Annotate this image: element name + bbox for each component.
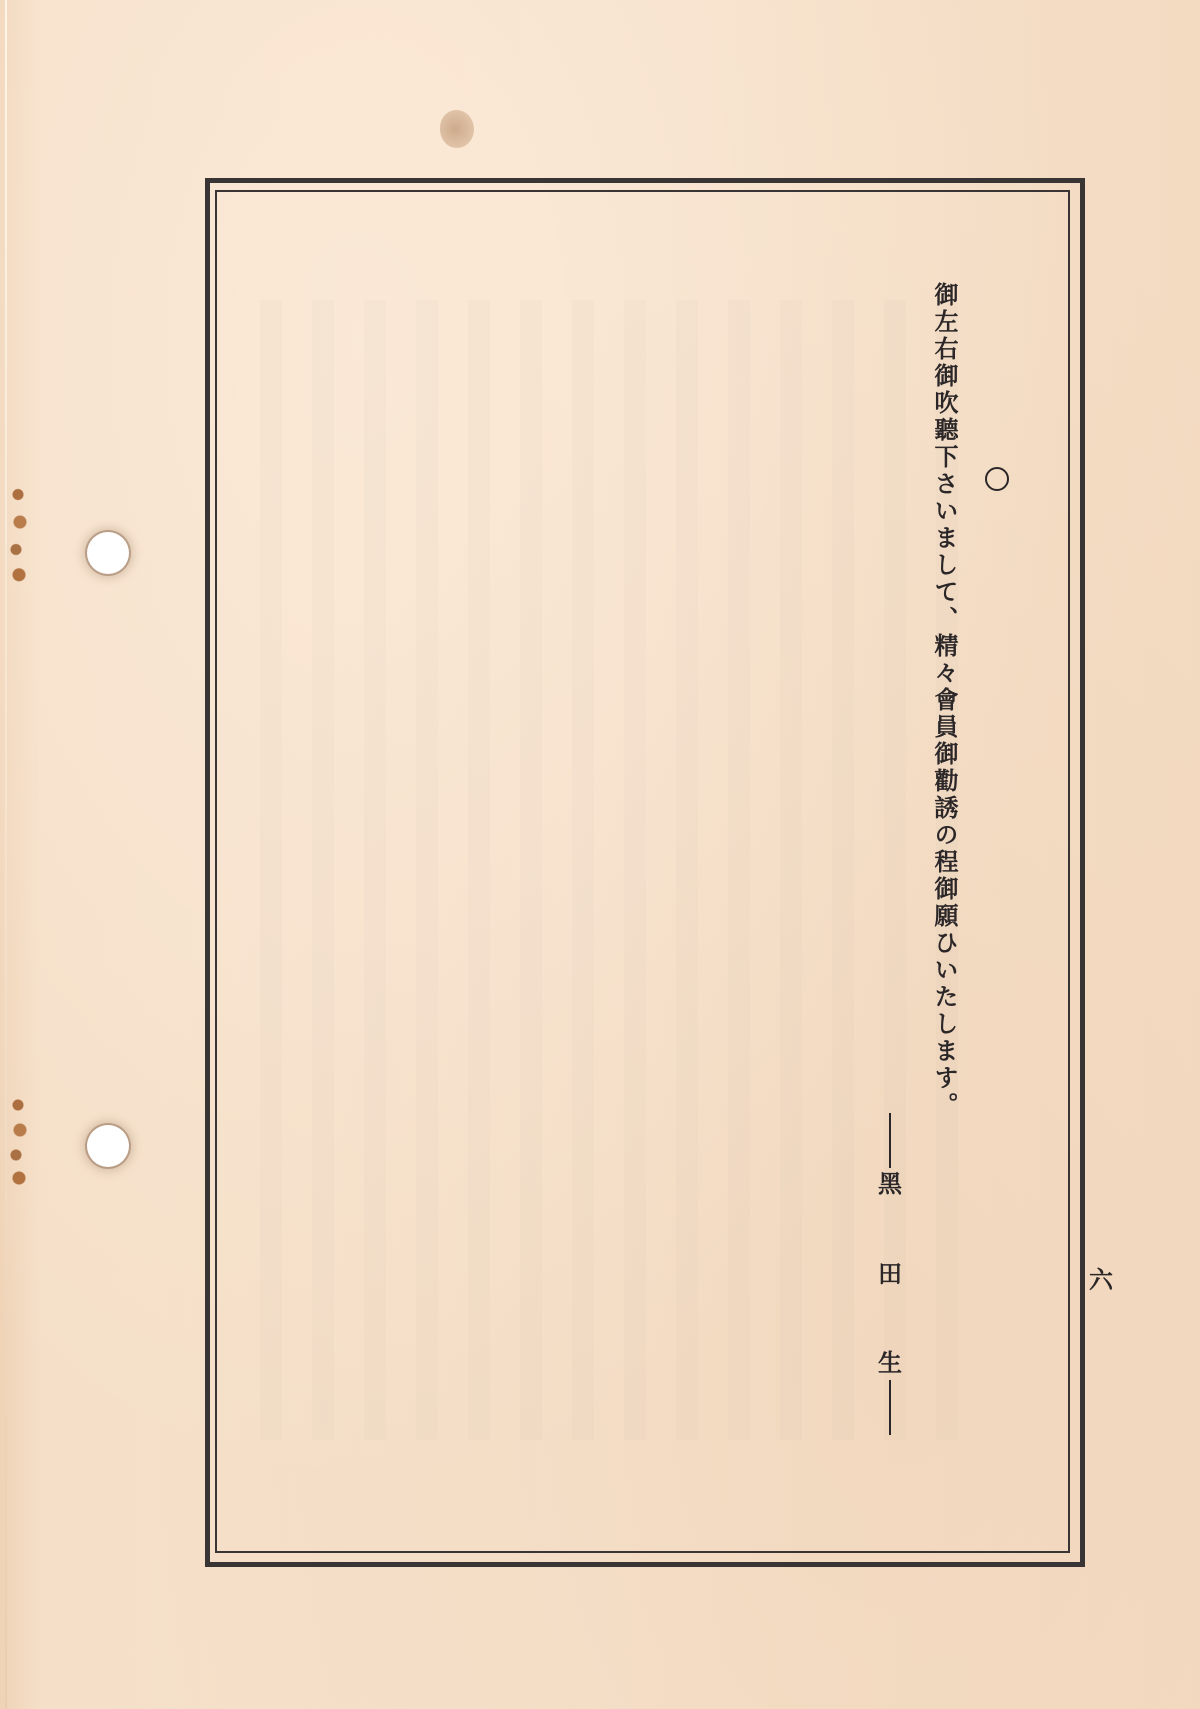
binding-hole-bottom [87, 1125, 129, 1167]
signature-char: 黑 [876, 1172, 904, 1196]
signature-char: 生 [876, 1351, 904, 1375]
signature-char: 田 [876, 1262, 904, 1286]
binding-hole-top [87, 532, 129, 574]
page-number: 六 [1089, 1268, 1113, 1292]
paper-stain [440, 110, 474, 148]
signature-dash-bottom [889, 1380, 891, 1435]
body-text: 御左右御吹聽下さいまして、精々會員御勸誘の程御願ひいたします。 [932, 282, 956, 1119]
rust-stain-top [8, 478, 28, 588]
binding-fold-line [5, 0, 7, 1709]
rust-stain-bottom [8, 1090, 28, 1190]
signature-dash-top [889, 1113, 891, 1168]
show-through-text [260, 300, 960, 1440]
circle-marker-icon [985, 467, 1009, 491]
